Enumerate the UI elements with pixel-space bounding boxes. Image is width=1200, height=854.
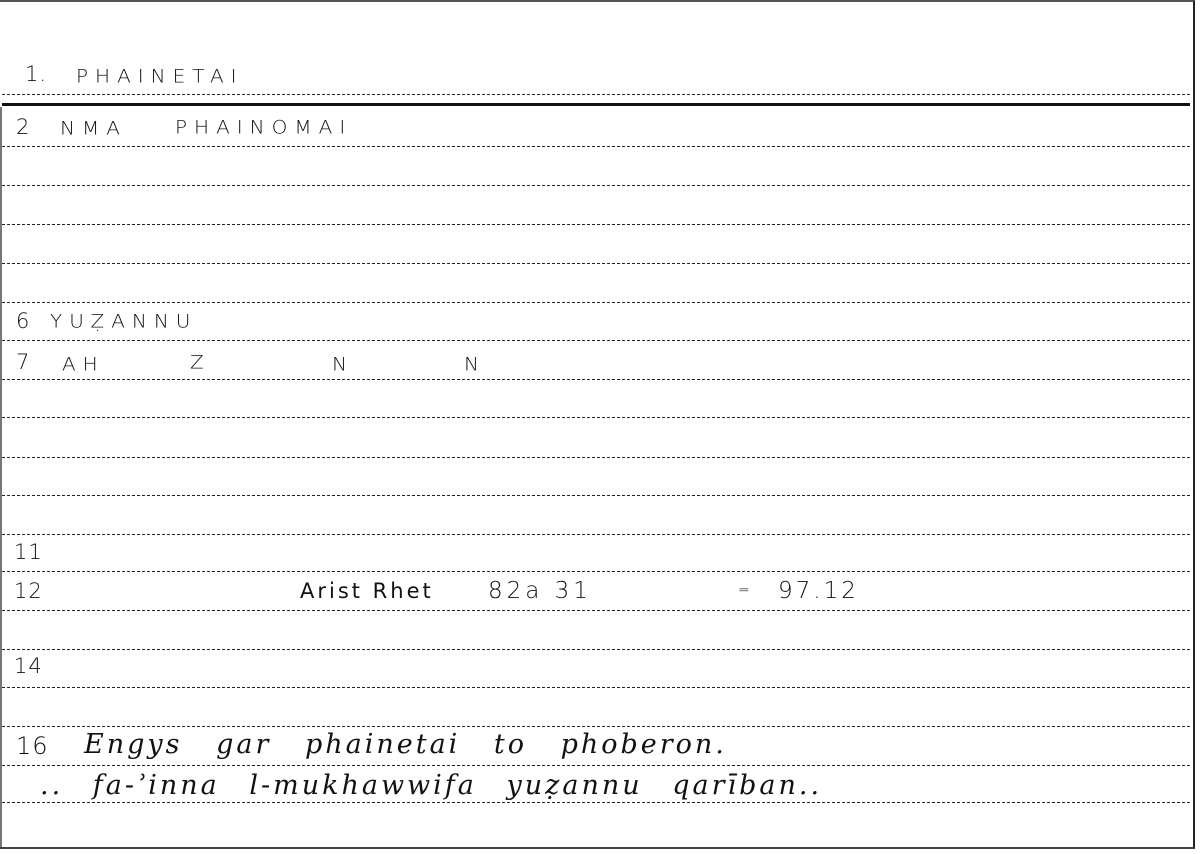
line-number: 2 [16,115,30,139]
ruled-line [2,571,1190,572]
ruled-line [2,379,1190,380]
line-number: 1. [25,62,47,86]
greek-quotation: Engys gar phainetai to phoberon. [84,729,727,760]
ruled-line [2,534,1190,535]
line-number: 14 [14,654,43,678]
ruled-line [2,146,1190,147]
source-reference: Arist Rhet [300,579,434,603]
ruled-line [2,726,1190,727]
line-number: 6 [16,309,30,333]
ruled-line [2,687,1190,688]
line-number: 7 [16,350,30,374]
line-2-code: NMA [60,117,127,140]
root-letter: N [464,353,486,376]
arabic-quotation: .. fa-ʾinna l-mukhawwifa yuẓannu qarīban… [40,770,822,801]
line-number: 12 [14,579,43,603]
ruled-line [2,649,1190,650]
ruled-line [2,263,1190,264]
source-location: 82a 31 [488,578,592,604]
ruled-line [2,457,1190,458]
translation-location: 97.12 [778,578,859,604]
ruled-line [2,302,1190,303]
ruled-line-thick [2,103,1190,106]
root-letter: N [332,353,354,376]
arabic-lemma: YUẒANNU [50,310,197,333]
ruled-line [2,417,1190,418]
card-left-edge [0,107,2,847]
line-number: 16 [16,732,49,760]
ruled-line [2,802,1190,803]
ruled-line [2,340,1190,341]
ruled-line [2,94,1190,95]
ruled-line [2,495,1190,496]
index-card: 1. PHAINETAI 2 NMA PHAINOMAI 6 YUẒANNU 7… [0,0,1195,849]
root-label: AH [62,353,105,376]
line-2-lemma: PHAINOMAI [175,116,352,139]
equals-sign: = [738,582,756,598]
headword: PHAINETAI [76,65,244,88]
ruled-line [2,224,1190,225]
ruled-line [2,610,1190,611]
root-letter: Z [190,351,211,374]
ruled-line [2,765,1190,766]
ruled-line [2,185,1190,186]
line-number: 11 [14,540,43,564]
